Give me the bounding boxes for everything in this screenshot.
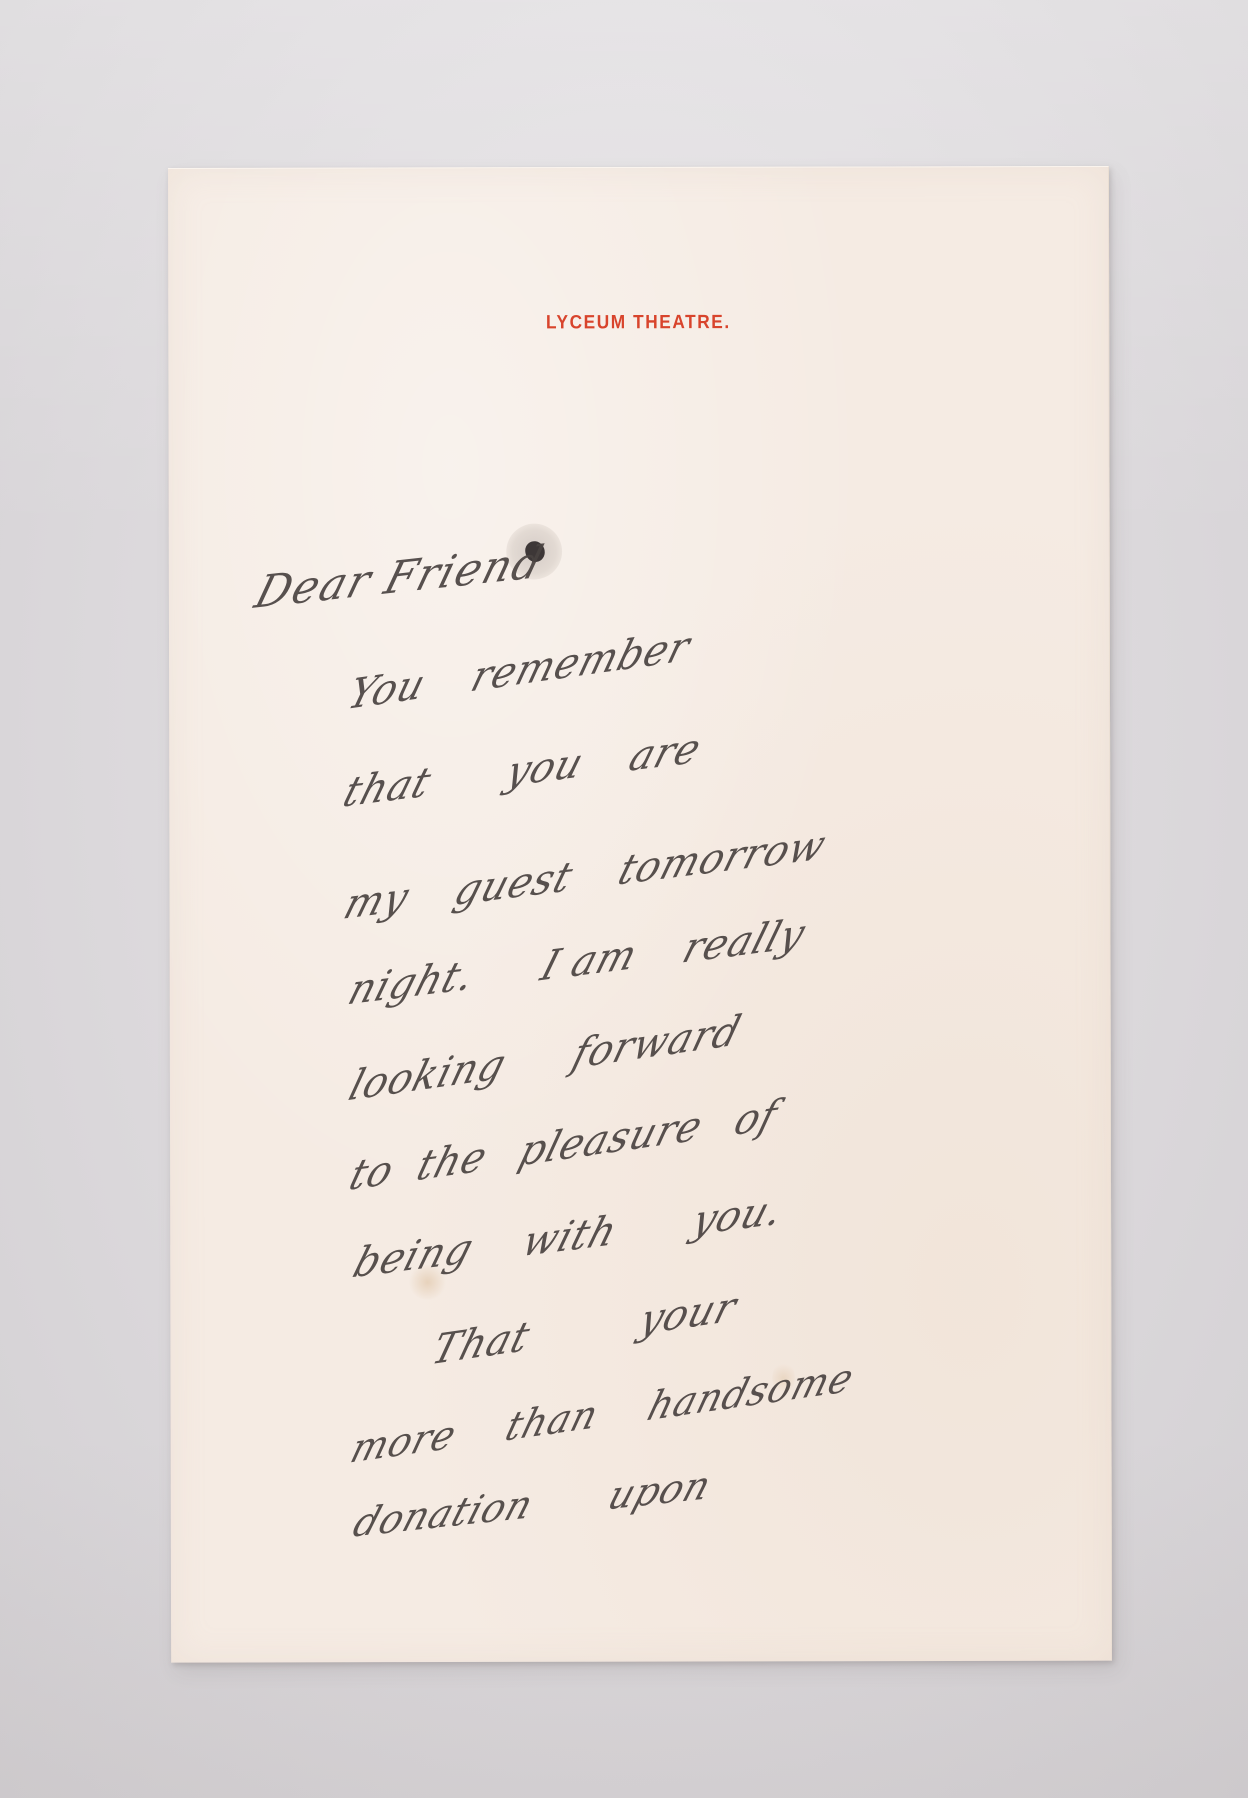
letter-line-5: lookingforward (344, 998, 796, 1110)
letter-line-7: beingwithyou. (348, 1179, 839, 1288)
salutation: Dear Friend (249, 536, 550, 619)
letter-line-1: Youremember (343, 614, 745, 719)
letter-line-4: night.I amreally (343, 902, 860, 1014)
letter-line-6: tothepleasureof (344, 1083, 832, 1200)
paper: LYCEUM THEATRE. Dear Friend Youremember … (168, 166, 1112, 1663)
letter-line-10: donationupon (348, 1457, 766, 1547)
handwritten-body: Dear Friend Youremember thatyouare mygue… (168, 167, 1111, 1663)
letter-line-2: thatyouare (338, 717, 756, 817)
letter-line-8: Thatyour (427, 1275, 791, 1374)
